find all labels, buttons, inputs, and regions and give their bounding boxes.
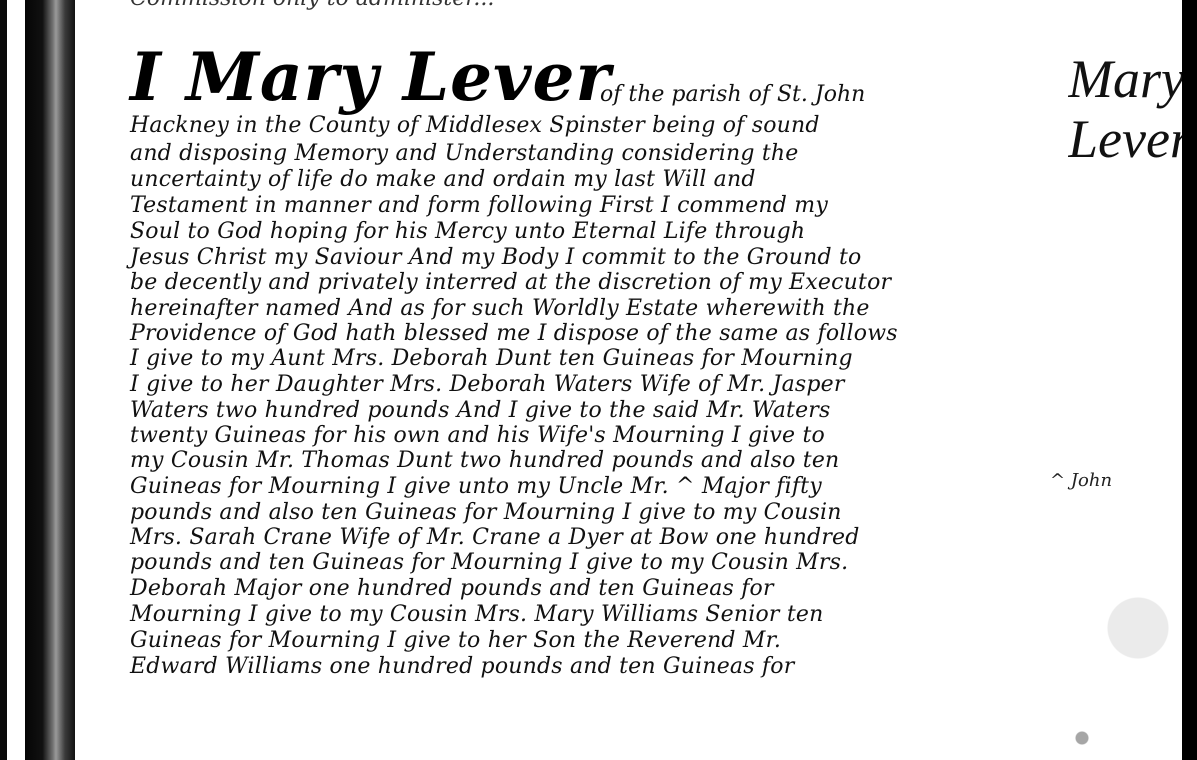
will-line-18: pounds and ten Guineas for Mourning I gi… xyxy=(130,550,848,575)
will-line-2: and disposing Memory and Understanding c… xyxy=(130,141,799,166)
top-cut-off-line: Commission only to administer... xyxy=(130,0,494,11)
will-line-7: be decently and privately interred at th… xyxy=(130,270,891,295)
will-line-20: Mourning I give to my Cousin Mrs. Mary W… xyxy=(130,602,823,627)
will-line-11: I give to her Daughter Mrs. Deborah Wate… xyxy=(130,372,845,397)
will-line-10: I give to my Aunt Mrs. Deborah Dunt ten … xyxy=(130,346,853,371)
will-line-9: Providence of God hath blessed me I disp… xyxy=(130,321,898,346)
heading-continuation: of the parish of St. John xyxy=(600,82,865,107)
will-line-13: twenty Guineas for his own and his Wife'… xyxy=(130,423,825,448)
book-binding-strip xyxy=(25,0,75,760)
will-line-14: my Cousin Mr. Thomas Dunt two hundred po… xyxy=(130,448,839,473)
margin-insertion-note: ^ John xyxy=(1050,470,1112,491)
paper-stain xyxy=(1040,540,1180,760)
scan-right-border xyxy=(1182,0,1197,760)
margin-name-last: Lever xyxy=(1068,108,1182,170)
will-line-4: Testament in manner and form following F… xyxy=(130,193,828,218)
will-line-22: Edward Williams one hundred pounds and t… xyxy=(130,654,794,679)
will-line-15: Guineas for Mourning I give unto my Uncl… xyxy=(130,474,822,499)
will-line-8: hereinafter named And as for such Worldl… xyxy=(130,296,870,321)
will-heading-testator-name: I Mary Lever xyxy=(130,38,611,116)
will-line-17: Mrs. Sarah Crane Wife of Mr. Crane a Dye… xyxy=(130,525,860,550)
will-line-1: Hackney in the County of Middlesex Spins… xyxy=(130,113,820,138)
will-line-3: uncertainty of life do make and ordain m… xyxy=(130,167,756,192)
will-line-5: Soul to God hoping for his Mercy unto Et… xyxy=(130,219,805,244)
will-line-19: Deborah Major one hundred pounds and ten… xyxy=(130,576,774,601)
scan-left-border xyxy=(0,0,7,760)
will-line-16: pounds and also ten Guineas for Mourning… xyxy=(130,500,842,525)
will-line-12: Waters two hundred pounds And I give to … xyxy=(130,398,831,423)
will-line-6: Jesus Christ my Saviour And my Body I co… xyxy=(130,245,861,270)
will-line-21: Guineas for Mourning I give to her Son t… xyxy=(130,628,781,653)
margin-name-first: Mary xyxy=(1068,48,1182,110)
